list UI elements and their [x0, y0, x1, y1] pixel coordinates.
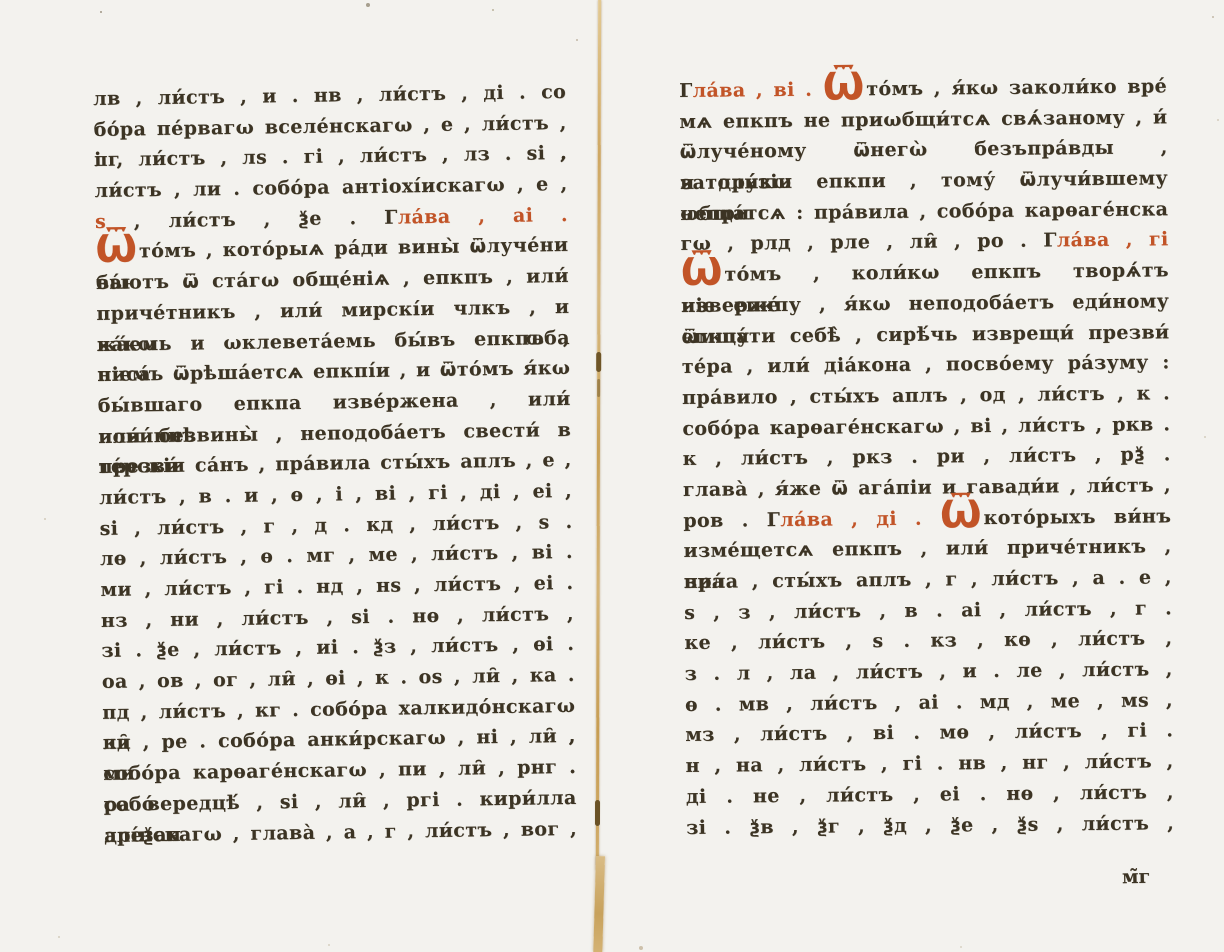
text-line: мз , ли́стъ , ві . мѳ , ли́стъ , гі . — [685, 716, 1173, 751]
body-text: Г — [1043, 230, 1057, 252]
text-line: мѧ епкпъ не приωбщи́тсѧ свѧ́заному , и́ — [679, 102, 1167, 137]
body-text: те́рскіи са́нъ , пра́вила сты́хъ аплъ , … — [99, 449, 572, 478]
body-text: мз , ли́стъ , ві . мѳ , ли́стъ , гі . — [685, 720, 1173, 747]
text-line: з . л , ла , ли́стъ , и . ле , ли́стъ , — [685, 654, 1173, 689]
body-text: н , на , ли́стъ , гі . нв , нг , ли́стъ … — [686, 750, 1174, 777]
body-text: то́мъ , я́кω заколи́ко вре́ — [866, 75, 1167, 100]
text-line: те́ра , или́ діа́кона , посво́ему ра́зум… — [682, 347, 1170, 382]
body-text: кото́рыхъ ви́нъ — [983, 505, 1171, 529]
body-text: зі . ѯе , ли́стъ , иі . ѯз , ли́стъ , ѳі… — [101, 633, 574, 662]
body-text: ва́ютъ ѿ ста́гω обще́ніѧ , епкпъ , или́ — [96, 265, 569, 294]
rubric-drop-initial: Ѿ — [940, 492, 984, 537]
body-text: собо́ра карѳаге́нскагω , ві , ли́стъ , р… — [682, 413, 1170, 440]
body-text: ми , ли́стъ , гі . нд , нѕ , ли́стъ , еі… — [100, 572, 573, 601]
text-line: ѿлуче́ному ѿнегὼ безъпра́вды , затоли́кω — [680, 133, 1168, 168]
rubric-drop-initial: Ѿ — [95, 226, 139, 272]
body-text: к , ли́стъ , ркз . ри , ли́стъ , рѯ . — [683, 444, 1171, 471]
body-text: ѿмща́ти себѣ̀ , сирѣ́чь изврещи́ презви́ — [681, 321, 1169, 348]
text-line: изме́щетсѧ епкпъ , или́ приче́тникъ , пр… — [683, 532, 1171, 567]
text-line: зі . ѯв , ѯг , ѯд , ѯе , ѯѕ , ли́стъ , — [686, 808, 1174, 843]
body-text: ѳ . мв , ли́стъ , аі . мд , ме , мѕ , — [685, 689, 1173, 716]
gutter-crease-line — [596, 0, 601, 870]
body-text: ке , ли́стъ , ѕ . кз , кѳ , ли́стъ , — [684, 628, 1172, 655]
text-line: н , на , ли́стъ , гі . нв , нг , ли́стъ … — [685, 746, 1173, 781]
body-text: ѕі , ли́стъ , г , д . кд , ли́стъ , ѕ . — [99, 511, 572, 540]
right-page-text: Гла́ва , ві . Ѿто́мъ , я́кω заколи́ко вр… — [679, 71, 1174, 843]
body-text: ωбща́тсѧ : пра́вила , собо́ра карѳаге́нс… — [680, 198, 1168, 225]
body-text: зі . ѯв , ѯг , ѯд , ѯе , ѯѕ , ли́стъ , — [686, 812, 1174, 839]
body-text: ніемъ ѿрѣша́етсѧ епкпі́и , и ѿто́мъ я́кω — [97, 357, 570, 386]
folio-number: м̃г — [1122, 866, 1151, 888]
text-line: ѿмща́ти себѣ̀ , сирѣ́чь изврещи́ презви́ — [681, 317, 1169, 352]
text-line: ѳ . мв , ли́стъ , аі . мд , ме , мѕ , — [685, 685, 1173, 720]
text-line: ѕ , з , ли́стъ , в . аі , ли́стъ , г . — [684, 593, 1172, 628]
rubric-text: ла́ва , гі — [1057, 229, 1169, 252]
scan-background: { "colors":{"paper":"#f3f2ee","ink":"#3c… — [0, 0, 1224, 952]
body-text: ли́стъ , в . и , ѳ , і , ві , гі , ді , … — [99, 480, 572, 509]
body-text: мѧ епкпъ не приωбщи́тсѧ свѧ́заному , и́ — [679, 106, 1167, 133]
text-line: ді . не , ли́стъ , еі . нѳ , ли́стъ , — [686, 777, 1174, 812]
body-text: з . л , ла , ли́стъ , и . ле , ли́стъ , — [685, 658, 1173, 685]
text-line: Гла́ва , ві . Ѿто́мъ , я́кω заколи́ко вр… — [679, 71, 1167, 106]
text-line: пра́вило , сты́хъ аплъ , од , ли́стъ , к… — [682, 378, 1170, 413]
book-spread: лв , ли́стъ , и . нв , ли́стъ , ді . соб… — [0, 0, 1224, 952]
text-line: ров . Гла́ва , ді . Ѿкото́рыхъ ви́нъ — [683, 501, 1171, 536]
text-line: Ѿто́мъ , коли́кω епкпъ творѧ́тъ изверже́ — [681, 255, 1169, 290]
body-text: гω , рлд , рле , ли̑ , ро . — [681, 230, 1044, 255]
text-line: и дру́зіи епкпи , тому́ ѿлучи́вшему непр… — [680, 163, 1168, 198]
rubric-text: ла́ва , ві . — [693, 79, 823, 102]
body-text: Г — [767, 509, 781, 531]
text-line: глава̀ , я́же ѿ ага́піи и гавади́и , ли́… — [683, 470, 1171, 505]
rubric-drop-initial: Ѿ — [681, 248, 725, 293]
text-line: ніе епкпу , я́кω неподоба́етъ еди́ному е… — [681, 286, 1169, 321]
body-text: нз , ни , ли́стъ , ѕі . нѳ , ли́стъ , — [101, 603, 574, 632]
body-text: Г — [384, 206, 398, 228]
text-line: к , ли́стъ , ркз . ри , ли́стъ , рѯ . — [683, 440, 1171, 475]
text-line: дрі́нскагω , глава̀ , а , г , ли́стъ , в… — [104, 813, 577, 851]
paper-speckles — [0, 0, 2, 2]
body-text: ді . не , ли́стъ , еі . нѳ , ли́стъ , — [686, 781, 1174, 808]
text-line: ке , ли́стъ , ѕ . кз , кѳ , ли́стъ , — [684, 624, 1172, 659]
body-text: Г — [679, 80, 693, 102]
body-text: ѕ , з , ли́стъ , в . аі , ли́стъ , г . — [684, 597, 1172, 624]
gutter-crease-bottom — [593, 856, 605, 952]
text-line: вила , сты́хъ аплъ , г , ли́стъ , а . е … — [684, 562, 1172, 597]
body-text: пра́вило , сты́хъ аплъ , од , ли́стъ , к… — [682, 382, 1170, 409]
text-line: гω , рлд , рле , ли̑ , ро . Гла́ва , гі — [680, 225, 1168, 260]
rubric-drop-initial: Ѿ — [822, 63, 866, 108]
rubric-text: ла́ва , ді . — [780, 507, 940, 531]
text-line: ωбща́тсѧ : пра́вила , собо́ра карѳаге́нс… — [680, 194, 1168, 229]
text-line: собо́ра карѳаге́нскагω , ві , ли́стъ , р… — [682, 409, 1170, 444]
body-text: і , ли́стъ , лѕ . гі , ли́стъ , лз . ѕі … — [94, 142, 567, 171]
body-text: лв , ли́стъ , и . нв , ли́стъ , ді . со — [93, 81, 566, 110]
body-text: лѳ , ли́стъ , ѳ . мг , ме , ли́стъ , ві … — [100, 541, 573, 570]
body-text: глава̀ , я́же ѿ ага́піи и гавади́и , ли́… — [683, 474, 1171, 501]
body-text: дрі́нскагω , глава̀ , а , г , ли́стъ , в… — [104, 817, 577, 846]
body-text: ли́стъ , ли . собо́ра антіохі́искагω , е… — [94, 173, 567, 202]
body-text: , ли́стъ , ѯе . — [106, 206, 384, 232]
body-text: те́ра , или́ діа́кона , посво́ему ра́зум… — [682, 351, 1170, 378]
rubric-text: ла́ва , аі . — [398, 204, 569, 229]
body-text: ров . — [683, 509, 767, 532]
left-page-text: лв , ли́стъ , и . нв , ли́стъ , ді . соб… — [93, 77, 577, 851]
body-text: оа , ов , ог , ли̑ , ѳі , к . оѕ , ли̑ ,… — [102, 664, 575, 693]
body-text: вила , сты́хъ аплъ , г , ли́стъ , а . е … — [684, 566, 1172, 593]
